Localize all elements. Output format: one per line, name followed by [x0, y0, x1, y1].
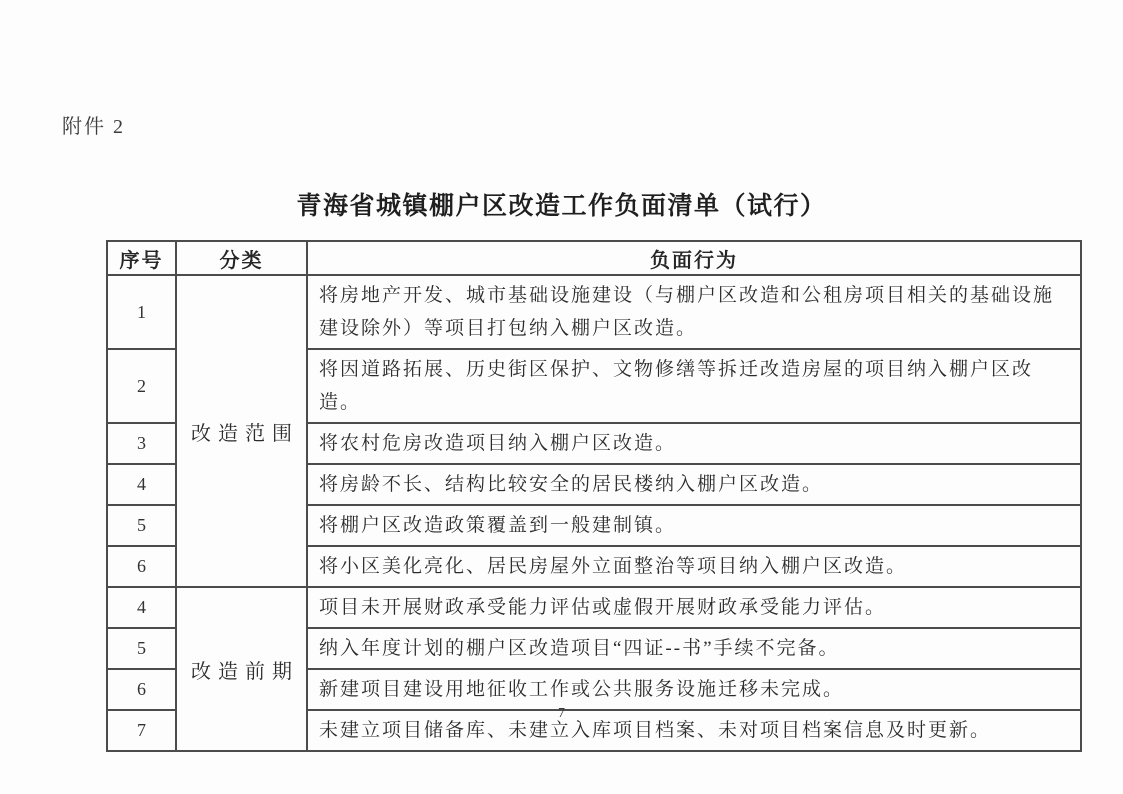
behavior-cell: 纳入年度计划的棚户区改造项目“四证--书”手续不完备。 — [307, 628, 1081, 669]
page-number: 7 — [0, 706, 1123, 722]
serial-number-cell: 3 — [107, 423, 176, 464]
serial-number-cell: 5 — [107, 505, 176, 546]
behavior-cell: 将小区美化亮化、居民房屋外立面整治等项目纳入棚户区改造。 — [307, 546, 1081, 587]
negative-list-table: 序号 分类 负面行为 1 改造范围 将房地产开发、城市基础设施建设（与棚户区改造… — [106, 240, 1082, 752]
serial-number-cell: 4 — [107, 587, 176, 628]
page-title: 青海省城镇棚户区改造工作负面清单（试行） — [0, 186, 1123, 222]
document-page: 附件 2 青海省城镇棚户区改造工作负面清单（试行） 序号 分类 负面行为 1 改… — [0, 0, 1123, 794]
header-category: 分类 — [176, 241, 307, 275]
behavior-cell: 新建项目建设用地征收工作或公共服务设施迁移未完成。 — [307, 669, 1081, 710]
header-negative-behavior: 负面行为 — [307, 241, 1081, 275]
behavior-cell: 将农村危房改造项目纳入棚户区改造。 — [307, 423, 1081, 464]
serial-number-cell: 5 — [107, 628, 176, 669]
serial-number-cell: 6 — [107, 669, 176, 710]
header-serial-number: 序号 — [107, 241, 176, 275]
behavior-cell: 将棚户区改造政策覆盖到一般建制镇。 — [307, 505, 1081, 546]
behavior-cell: 将因道路拓展、历史街区保护、文物修缮等拆迁改造房屋的项目纳入棚户区改造。 — [307, 349, 1081, 423]
table-row: 1 改造范围 将房地产开发、城市基础设施建设（与棚户区改造和公租房项目相关的基础… — [107, 275, 1081, 349]
table-row: 4 改造前期 项目未开展财政承受能力评估或虚假开展财政承受能力评估。 — [107, 587, 1081, 628]
table-header-row: 序号 分类 负面行为 — [107, 241, 1081, 275]
serial-number-cell: 2 — [107, 349, 176, 423]
behavior-cell: 将房龄不长、结构比较安全的居民楼纳入棚户区改造。 — [307, 464, 1081, 505]
serial-number-cell: 1 — [107, 275, 176, 349]
category-cell-scope: 改造范围 — [176, 275, 307, 587]
serial-number-cell: 4 — [107, 464, 176, 505]
behavior-cell: 将房地产开发、城市基础设施建设（与棚户区改造和公租房项目相关的基础设施建设除外）… — [307, 275, 1081, 349]
behavior-cell: 项目未开展财政承受能力评估或虚假开展财政承受能力评估。 — [307, 587, 1081, 628]
category-cell-early-stage: 改造前期 — [176, 587, 307, 751]
attachment-label: 附件 2 — [62, 110, 125, 139]
serial-number-cell: 6 — [107, 546, 176, 587]
